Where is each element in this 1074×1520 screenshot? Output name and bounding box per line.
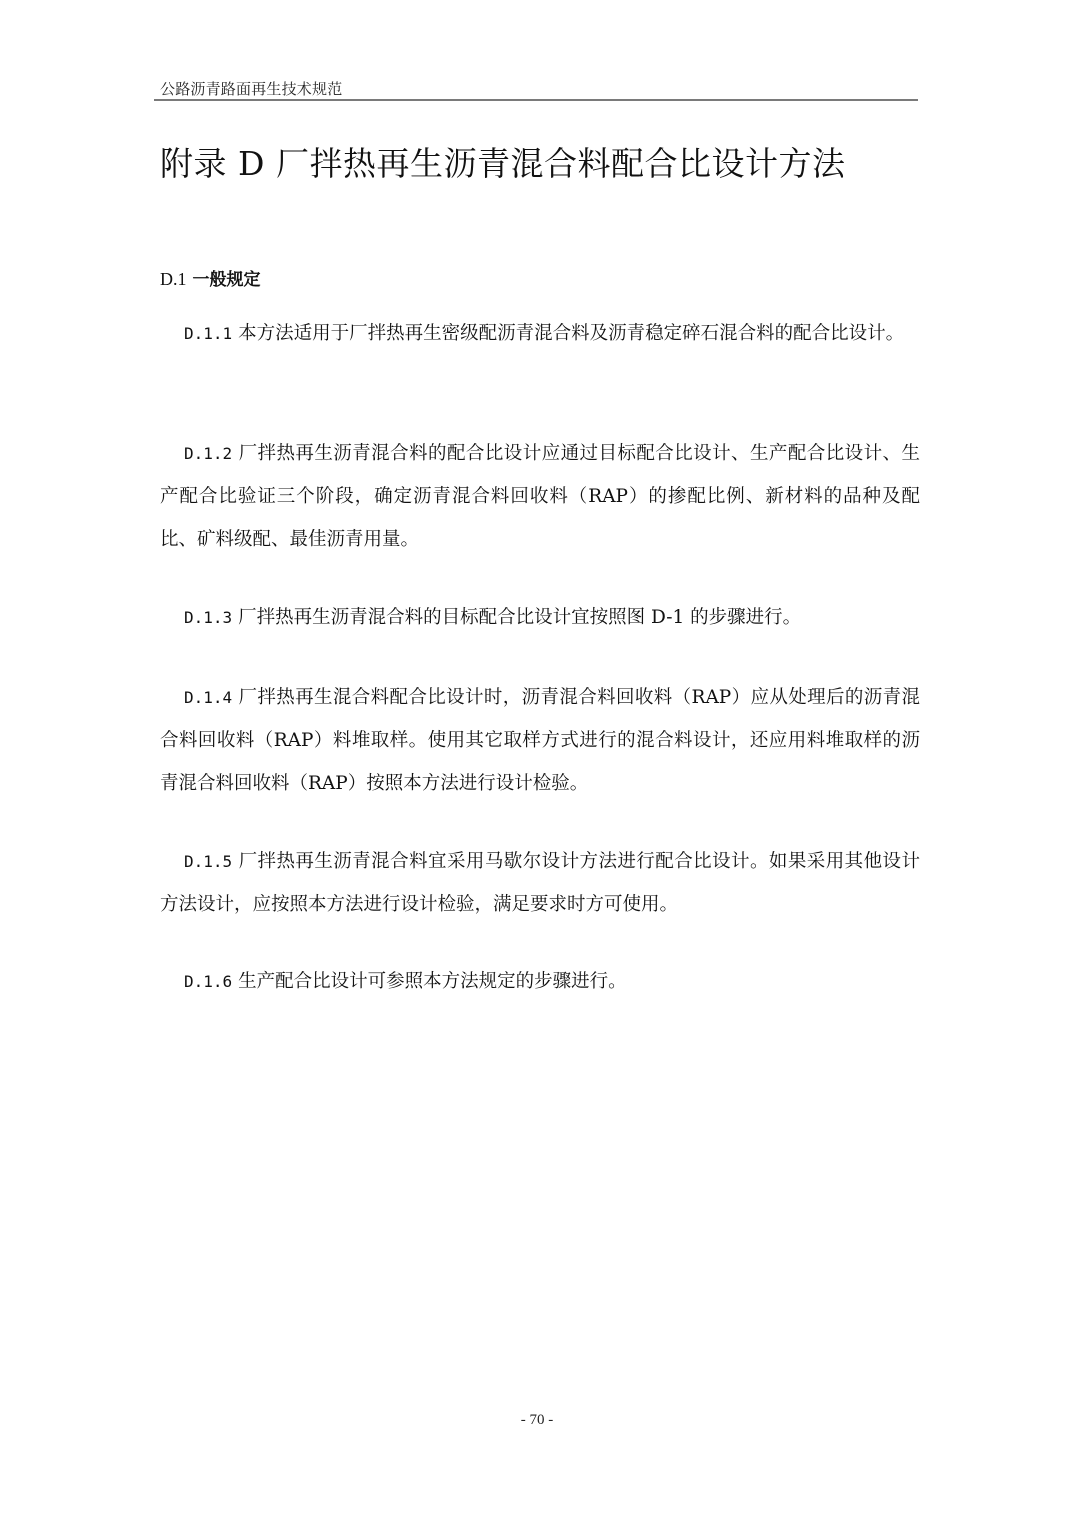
section-title: 一般规定	[193, 270, 261, 290]
clause-number: D.1.2	[184, 444, 232, 463]
clause-text: 厂拌热再生沥青混合料的配合比设计应通过目标配合比设计、生产配合比设计、生产配合比…	[160, 443, 920, 550]
clause-text: 本方法适用于厂拌热再生密级配沥青混合料及沥青稳定碎石混合料的配合比设计。	[238, 323, 904, 344]
clause-text: 厂拌热再生沥青混合料的目标配合比设计宜按照图 D-1 的步骤进行。	[238, 607, 801, 628]
clause-text: 厂拌热再生混合料配合比设计时，沥青混合料回收料（RAP）应从处理后的沥青混合料回…	[160, 687, 920, 794]
clause-d-1-4: D.1.4厂拌热再生混合料配合比设计时，沥青混合料回收料（RAP）应从处理后的沥…	[160, 676, 920, 805]
document-page: 公路沥青路面再生技术规范 附录 D 厂拌热再生沥青混合料配合比设计方法 D.1一…	[0, 0, 1074, 1520]
page-number: - 70 -	[0, 1412, 1074, 1429]
clause-d-1-1: D.1.1本方法适用于厂拌热再生密级配沥青混合料及沥青稳定碎石混合料的配合比设计…	[160, 312, 920, 355]
clause-number: D.1.4	[184, 688, 232, 707]
running-header: 公路沥青路面再生技术规范	[160, 78, 342, 99]
clause-number: D.1.3	[184, 608, 232, 627]
section-heading: D.1一般规定	[160, 265, 261, 290]
clause-d-1-6: D.1.6生产配合比设计可参照本方法规定的步骤进行。	[160, 960, 920, 1003]
clause-number: D.1.5	[184, 852, 232, 871]
clause-number: D.1.6	[184, 972, 232, 991]
section-number: D.1	[160, 269, 187, 289]
appendix-title: 附录 D 厂拌热再生沥青混合料配合比设计方法	[160, 138, 845, 185]
clause-d-1-2: D.1.2厂拌热再生沥青混合料的配合比设计应通过目标配合比设计、生产配合比设计、…	[160, 432, 920, 561]
clause-text: 厂拌热再生沥青混合料宜采用马歇尔设计方法进行配合比设计。如果采用其他设计方法设计…	[160, 851, 920, 915]
clause-text: 生产配合比设计可参照本方法规定的步骤进行。	[238, 971, 627, 992]
header-divider	[154, 99, 918, 101]
clause-d-1-3: D.1.3厂拌热再生沥青混合料的目标配合比设计宜按照图 D-1 的步骤进行。	[160, 596, 920, 639]
clause-d-1-5: D.1.5厂拌热再生沥青混合料宜采用马歇尔设计方法进行配合比设计。如果采用其他设…	[160, 840, 920, 926]
clause-number: D.1.1	[184, 324, 232, 343]
